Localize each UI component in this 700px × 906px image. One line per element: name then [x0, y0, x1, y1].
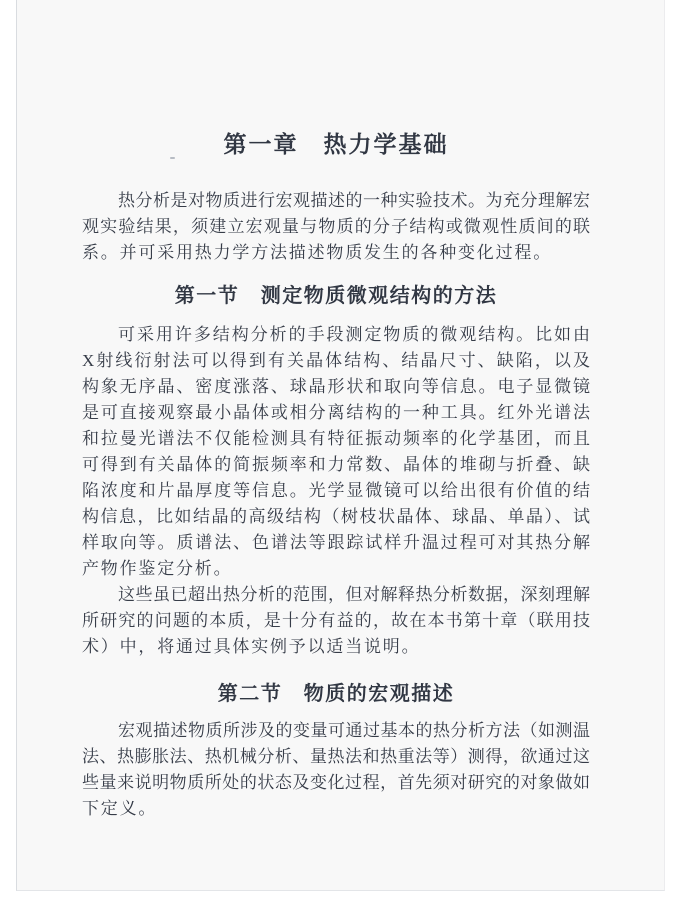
- text-line: 是可直接观察最小晶体或相分离结构的一种工具。红外光谱法: [82, 400, 590, 426]
- text-line: 这些虽已超出热分析的范围，但对解释热分析数据，深刻理解: [82, 582, 590, 608]
- text-line: X射线衍射法可以得到有关晶体结构、结晶尺寸、缺陷，以及: [82, 348, 590, 374]
- paragraph: 这些虽已超出热分析的范围，但对解释热分析数据，深刻理解所研究的问题的本质，是十分…: [82, 582, 590, 660]
- paragraph: 热分析是对物质进行宏观描述的一种实验技术。为充分理解宏观实验结果，须建立宏观量与…: [82, 188, 590, 266]
- section-heading: 第一节 测定物质微观结构的方法: [82, 284, 590, 308]
- text-line: 构信息，比如结晶的高级结构（树枝状晶体、球晶、单晶）、试: [82, 504, 590, 530]
- section-heading: 第二节 物质的宏观描述: [82, 682, 590, 706]
- paragraph: 可采用许多结构分析的手段测定物质的微观结构。比如由X射线衍射法可以得到有关晶体结…: [82, 322, 590, 582]
- page-content: 第一章 热力学基础热分析是对物质进行宏观描述的一种实验技术。为充分理解宏观实验结…: [82, 0, 590, 822]
- text-line: 术）中，将通过具体实例予以适当说明。: [82, 634, 590, 660]
- text-line: 法、热膨胀法、热机械分析、量热法和热重法等）测得，欲通过这: [82, 744, 590, 770]
- text-line: 热分析是对物质进行宏观描述的一种实验技术。为充分理解宏: [82, 188, 590, 214]
- scanned-page: 第一章 热力学基础热分析是对物质进行宏观描述的一种实验技术。为充分理解宏观实验结…: [16, 0, 665, 891]
- text-line: 产物作鉴定分析。: [82, 556, 590, 582]
- text-line: 构象无序晶、密度涨落、球晶形状和取向等信息。电子显微镜: [82, 374, 590, 400]
- text-line: 系。并可采用热力学方法描述物质发生的各种变化过程。: [82, 240, 590, 266]
- text-line: 些量来说明物质所处的状态及变化过程，首先须对研究的对象做如: [82, 770, 590, 796]
- text-line: 和拉曼光谱法不仅能检测具有特征振动频率的化学基团，而且: [82, 426, 590, 452]
- text-line: 下定义。: [82, 796, 590, 822]
- text-line: 所研究的问题的本质，是十分有益的，故在本书第十章（联用技: [82, 608, 590, 634]
- text-line: 观实验结果，须建立宏观量与物质的分子结构或微观性质间的联: [82, 214, 590, 240]
- text-line: 宏观描述物质所涉及的变量可通过基本的热分析方法（如测温: [82, 718, 590, 744]
- paragraph: 宏观描述物质所涉及的变量可通过基本的热分析方法（如测温法、热膨胀法、热机械分析、…: [82, 718, 590, 822]
- text-line: 可得到有关晶体的简振频率和力常数、晶体的堆砌与折叠、缺: [82, 452, 590, 478]
- text-line: 样取向等。质谱法、色谱法等跟踪试样升温过程可对其热分解: [82, 530, 590, 556]
- text-line: 可采用许多结构分析的手段测定物质的微观结构。比如由: [82, 322, 590, 348]
- text-line: 陷浓度和片晶厚度等信息。光学显微镜可以给出很有价值的结: [82, 478, 590, 504]
- chapter-title: 第一章 热力学基础: [82, 131, 590, 158]
